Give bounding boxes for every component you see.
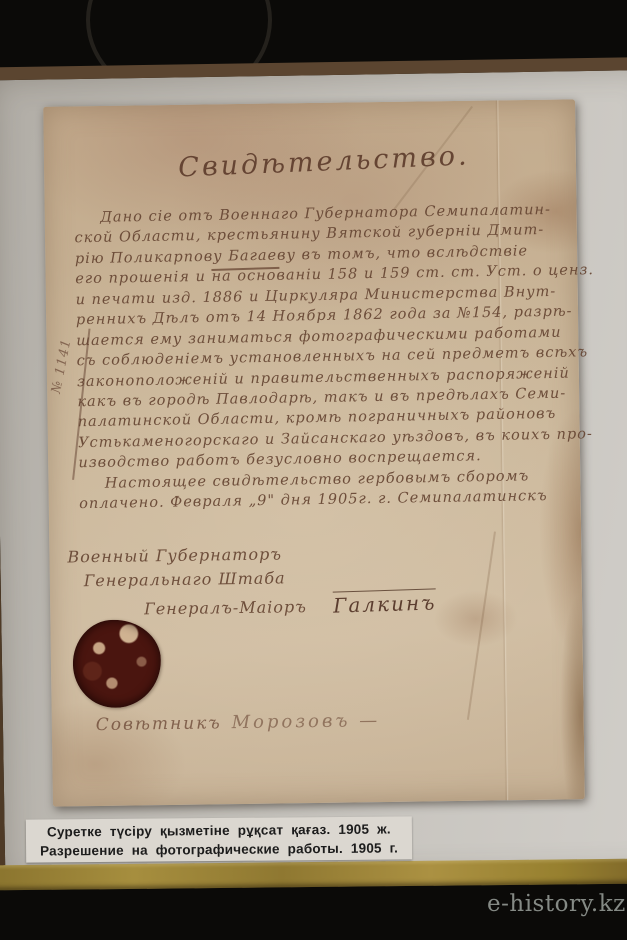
museum-photo: Свидѣтельство. № 1141 Дано сіе отъ Военн… (0, 0, 627, 940)
frame-gilded-edge (0, 859, 627, 891)
advisor-title: Совѣтникъ (96, 713, 222, 735)
watermark: e-history.kz (487, 891, 626, 917)
advisor-line: СовѣтникъМорозовъ — (96, 710, 381, 735)
document-body: Дано сіе отъ Военнаго Губернатора Семипа… (74, 199, 598, 515)
wax-seal (72, 619, 161, 708)
signature-title-line: Военный Губернаторъ (67, 544, 282, 566)
governor-signature: Галкинъ (332, 588, 436, 617)
registry-number: № 1141 (48, 332, 76, 400)
signature-rank: Генералъ-Маіоръ (144, 597, 307, 618)
advisor-signature: Морозовъ — (232, 710, 381, 733)
paper-crease (467, 532, 496, 720)
signature-rank-line: Генералъ-МаіоръГалкинъ (144, 589, 436, 619)
document-title: Свидѣтельство. (58, 135, 591, 188)
caption-label: Суретке түсіру қызметіне рұқсат қағаз. 1… (26, 816, 412, 862)
certificate-paper: Свидѣтельство. № 1141 Дано сіе отъ Военн… (43, 99, 585, 806)
signature-title-line: Генеральнаго Штаба (84, 568, 286, 590)
caption-line-russian: Разрешение на фотографические работы. 19… (26, 838, 412, 860)
